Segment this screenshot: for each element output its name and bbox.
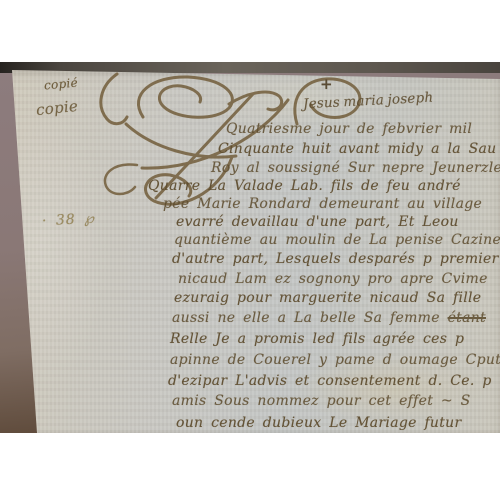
manuscript-line: oun cende dubieux Le Mariage futur [176,415,461,431]
manuscript-line: Cinquante huit avant midy a la Sau nevai… [218,141,500,157]
handwriting-layer: copié copie + Jesus maria joseph · 38 ℘ … [0,62,500,433]
manuscript-line: aussi ne elle a La belle Sa femme étant [172,310,486,326]
manuscript-line: d'autre part, Lesquels desparés p premie… [172,251,500,267]
manuscript-line: quantième au moulin de La penise Cazine … [174,232,500,248]
manuscript-line: pée Marie Rondard demeurant au village [163,196,482,212]
manuscript-line: Relle Je a promis led fils agrée ces p [170,331,464,347]
invocation-cross: + [320,76,333,93]
manuscript-line: nicaud Lam ez sognony pro apre Cvime [178,271,488,287]
manuscript-line: Quarre La Valade Lab. fils de feu andré [148,178,461,194]
manuscript-line-text: aussi ne elle a La belle Sa femme [172,310,440,326]
manuscript-line: Roy al soussigné Sur nepre Jeunerzlemen … [211,160,500,176]
copy-annotation-1: copié [43,77,78,94]
margin-mark: · 38 ℘ [42,211,96,230]
screenshot-canvas: copié copie + Jesus maria joseph · 38 ℘ … [0,0,500,500]
manuscript-photo: copié copie + Jesus maria joseph · 38 ℘ … [0,62,500,433]
manuscript-line: d'ezipar L'advis et consentement d. Ce. … [168,373,492,389]
manuscript-line: amis Sous nommez pour cet effet ~ S [172,393,471,409]
struck-word: étant [448,310,486,326]
manuscript-line: ezuraig pour marguerite nicaud Sa fille [174,290,481,306]
manuscript-line: evarré devaillau d'une part, Et Leou [176,214,459,230]
manuscript-line: apinne de Couerel y pame d oumage Cput [170,352,500,368]
manuscript-line: Quatriesme jour de febvrier mil [226,121,472,137]
